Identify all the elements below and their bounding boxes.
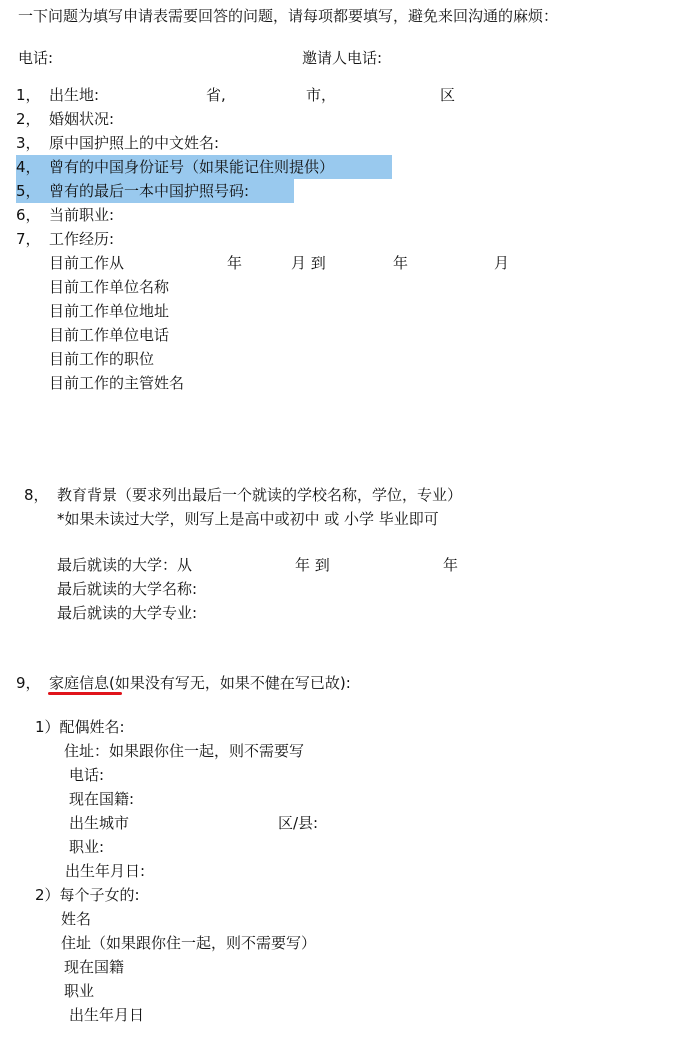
item-number: 8， <box>24 485 57 505</box>
spouse-heading: 1）配偶姓名: <box>35 717 125 739</box>
family-info-note: (如果没有写无，如果不健在写已故): <box>109 674 351 692</box>
current-occupation-label: 当前职业: <box>49 206 114 224</box>
spouse-district-label: 区/县: <box>278 813 318 833</box>
item-birthplace: 1， 出生地: 省, 市， 区 <box>16 85 676 107</box>
job-position-label: 目前工作的职位 <box>49 349 154 371</box>
birthplace-label: 出生地: <box>49 85 99 105</box>
work-from-label: 目前工作从 <box>49 253 124 273</box>
city-label: 市， <box>306 85 336 105</box>
province-label: 省, <box>206 85 226 105</box>
company-name-label: 目前工作单位名称 <box>49 277 169 299</box>
item-number: 4， <box>16 155 49 179</box>
children-heading: 2）每个子女的: <box>35 885 140 907</box>
item-marital-status: 2，婚姻状况: <box>16 109 114 131</box>
spouse-birth-city-row: 出生城市 区/县: <box>69 813 369 835</box>
child-birthdate-label: 出生年月日 <box>69 1005 144 1027</box>
university-year-end-label: 年 <box>443 555 458 575</box>
marital-status-label: 婚姻状况: <box>49 110 114 128</box>
item-last-passport-number: 5，曾有的最后一本中国护照号码: <box>16 179 294 203</box>
work-history-label: 工作经历: <box>49 230 114 248</box>
item-number: 9， <box>16 673 49 693</box>
passport-chinese-name-label: 原中国护照上的中文姓名: <box>49 134 219 152</box>
work-year-end-label: 年 <box>393 253 408 273</box>
education-label: 教育背景（要求列出最后一个就读的学校名称，学位，专业） <box>57 486 462 504</box>
child-occupation-label: 职业 <box>64 981 94 1003</box>
supervisor-name-label: 目前工作的主管姓名 <box>49 373 184 395</box>
item-chinese-id-number: 4，曾有的中国身份证号（如果能记住则提供） <box>16 155 392 179</box>
item-number: 1， <box>16 85 41 105</box>
spouse-birthdate-label: 出生年月日: <box>65 861 145 883</box>
university-name-label: 最后就读的大学名称: <box>57 579 197 601</box>
spouse-address-label: 住址：如果跟你住一起，则不需要写 <box>64 741 304 763</box>
child-address-label: 住址（如果跟你住一起，则不需要写） <box>61 933 316 955</box>
last-passport-number-label: 曾有的最后一本中国护照号码: <box>49 182 249 200</box>
child-name-label: 姓名 <box>61 909 91 931</box>
spouse-phone-label: 电话: <box>69 765 104 787</box>
phone-label: 电话: <box>18 48 53 68</box>
work-month-end-label: 月 <box>494 253 509 273</box>
item-current-occupation: 6，当前职业: <box>16 205 114 227</box>
spouse-occupation-label: 职业: <box>69 837 104 859</box>
item-number: 7， <box>16 229 49 249</box>
district-label: 区 <box>440 85 455 105</box>
intro-text: 一下问题为填写申请表需要回答的问题，请每项都要填写，避免来回沟通的麻烦： <box>18 6 558 28</box>
family-info-label: 家庭信息 <box>49 674 109 692</box>
university-major-label: 最后就读的大学专业: <box>57 603 197 625</box>
item-number: 2， <box>16 109 49 129</box>
item-work-history: 7，工作经历: <box>16 229 114 251</box>
education-note: *如果未读过大学，则写上是高中或初中 或 小学 毕业即可 <box>57 509 439 531</box>
item-passport-chinese-name: 3，原中国护照上的中文姓名: <box>16 133 219 155</box>
child-nationality-label: 现在国籍 <box>64 957 124 979</box>
university-period-row: 最后就读的大学：从 年 到 年 <box>57 555 657 577</box>
university-from-label: 最后就读的大学：从 <box>57 555 192 575</box>
work-period-row: 目前工作从 年 月 到 年 月 <box>49 253 669 275</box>
spouse-birth-city-label: 出生城市 <box>69 813 129 833</box>
item-number: 5， <box>16 179 49 203</box>
company-address-label: 目前工作单位地址 <box>49 301 169 323</box>
item-number: 3， <box>16 133 49 153</box>
spouse-nationality-label: 现在国籍: <box>69 789 134 811</box>
chinese-id-number-label: 曾有的中国身份证号（如果能记住则提供） <box>49 158 334 176</box>
item-number: 6， <box>16 205 49 225</box>
work-month-to-label: 月 到 <box>291 253 326 273</box>
work-year-label: 年 <box>227 253 242 273</box>
inviter-phone-label: 邀请人电话: <box>302 48 382 68</box>
company-phone-label: 目前工作单位电话 <box>49 325 169 347</box>
spellcheck-underline <box>48 692 122 695</box>
item-education: 8，教育背景（要求列出最后一个就读的学校名称，学位，专业） <box>24 485 462 507</box>
university-year-to-label: 年 到 <box>295 555 330 575</box>
phone-row: 电话: 邀请人电话: <box>18 48 678 70</box>
